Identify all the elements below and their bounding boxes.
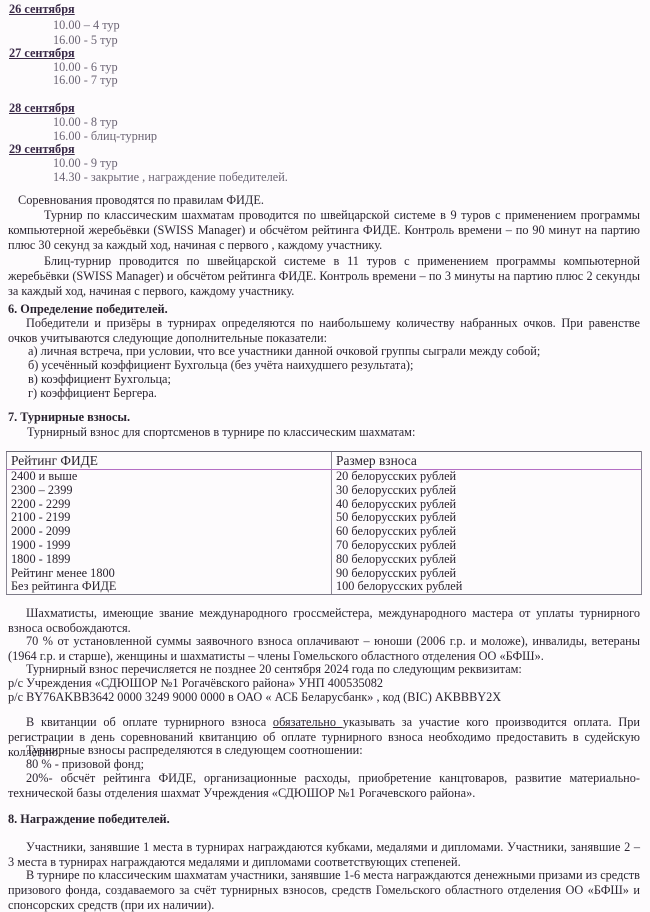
tiebreak-item: а) личная встреча, при условии, что все … [28, 344, 540, 359]
schedule-slot: 10.00 - 8 тур [53, 115, 118, 130]
distribution-intro: Турнирные взносы распределяются в следую… [8, 743, 640, 758]
rating-range-cell: 2200 - 2299 [7, 498, 332, 512]
fee-intro: Турнирный взнос для спортсменов в турнир… [27, 425, 415, 440]
fee-amount-cell: 100 белорусских рублей [332, 580, 642, 594]
awards-p2: В турнире по классическим шахматам участ… [8, 868, 640, 912]
fee-deadline: Турнирный взнос перечисляется не позднее… [8, 662, 640, 677]
schedule-slot: 10.00 - 9 тур [53, 156, 118, 171]
fee-amount-cell: 20 белорусских рублей [332, 470, 642, 484]
fee-table-row: 2100 - 219950 белорусских рублей [7, 511, 642, 525]
tiebreak-item: б) усечённый коэффициент Бухгольца (без … [28, 358, 413, 373]
distribution-item: 20%- обсчёт рейтинга ФИДЕ, организационн… [8, 771, 640, 801]
schedule-slot: 16.00 - 7 тур [53, 73, 118, 88]
fee-table-row: 2000 - 209960 белорусских рублей [7, 525, 642, 539]
fee-table-row: 2200 - 229940 белорусских рублей [7, 498, 642, 512]
account-line-1: р/с Учреждения «СДЮШОР №1 Рогачёвского р… [8, 676, 640, 691]
schedule-slot: 10.00 – 4 тур [53, 18, 120, 33]
awards-p1: Участники, занявшие 1 места в турнирах н… [8, 840, 640, 870]
fee-table-header-amount: Размер взноса [332, 452, 642, 470]
fee-table-header-rating: Рейтинг ФИДЕ [7, 452, 332, 470]
fee-discount: 70 % от установленной суммы заявочного в… [8, 634, 640, 664]
section-6-text: Победители и призёры в турнирах определя… [8, 316, 640, 346]
rating-range-cell: 1900 - 1999 [7, 539, 332, 553]
rating-range-cell: Рейтинг менее 1800 [7, 567, 332, 581]
section-8-heading: 8. Награждение победителей. [8, 812, 170, 827]
fee-table-row: 1900 - 199970 белорусских рублей [7, 539, 642, 553]
fee-table-row: 2400 и выше20 белорусских рублей [7, 470, 642, 484]
fee-amount-cell: 40 белорусских рублей [332, 498, 642, 512]
schedule-date-26: 26 сентября [9, 2, 75, 17]
rules-blitz: Блиц-турнир проводится по швейцарской си… [8, 254, 640, 299]
fee-table-row: 2300 – 239930 белорусских рублей [7, 484, 642, 498]
rating-range-cell: 2100 - 2199 [7, 511, 332, 525]
fee-amount-cell: 90 белорусских рублей [332, 567, 642, 581]
section-7-heading: 7. Турнирные взносы. [8, 410, 130, 425]
section-6-heading: 6. Определение победителей. [8, 302, 168, 317]
tiebreak-item: г) коэффициент Бергера. [28, 386, 157, 401]
rating-range-cell: Без рейтинга ФИДЕ [7, 580, 332, 594]
rating-range-cell: 2000 - 2099 [7, 525, 332, 539]
rating-range-cell: 2300 – 2399 [7, 484, 332, 498]
fee-exempt: Шахматисты, имеющие звание международног… [8, 606, 640, 636]
schedule-date-29: 29 сентября [9, 142, 75, 157]
fee-amount-cell: 50 белорусских рублей [332, 511, 642, 525]
rating-range-cell: 1800 - 1899 [7, 553, 332, 567]
fee-amount-cell: 60 белорусских рублей [332, 525, 642, 539]
rating-range-cell: 2400 и выше [7, 470, 332, 484]
fee-table: Рейтинг ФИДЕ Размер взноса 2400 и выше20… [6, 451, 642, 595]
required-emphasis: обязательно [273, 715, 343, 729]
tiebreak-item: в) коэффициент Бухгольца; [28, 372, 171, 387]
fee-amount-cell: 70 белорусских рублей [332, 539, 642, 553]
rules-classic: Турнир по классическим шахматам проводит… [8, 208, 640, 253]
fee-amount-cell: 80 белорусских рублей [332, 553, 642, 567]
schedule-date-28: 28 сентября [9, 101, 75, 116]
fee-table-row: 1800 - 189980 белорусских рублей [7, 553, 642, 567]
distribution-item: 80 % - призовой фонд; [8, 757, 640, 772]
fee-amount-cell: 30 белорусских рублей [332, 484, 642, 498]
fee-table-row: Рейтинг менее 180090 белорусских рублей [7, 567, 642, 581]
fee-table-row: Без рейтинга ФИДЕ100 белорусских рублей [7, 580, 642, 594]
schedule-date-27: 27 сентября [9, 46, 75, 61]
schedule-slot: 14.30 - закрытие , награждение победител… [53, 170, 288, 185]
account-line-2: р/с BY76AKBB3642 0000 3249 9000 0000 в О… [8, 690, 640, 705]
rules-intro: Соревнования проводятся по правилам ФИДЕ… [18, 193, 640, 208]
